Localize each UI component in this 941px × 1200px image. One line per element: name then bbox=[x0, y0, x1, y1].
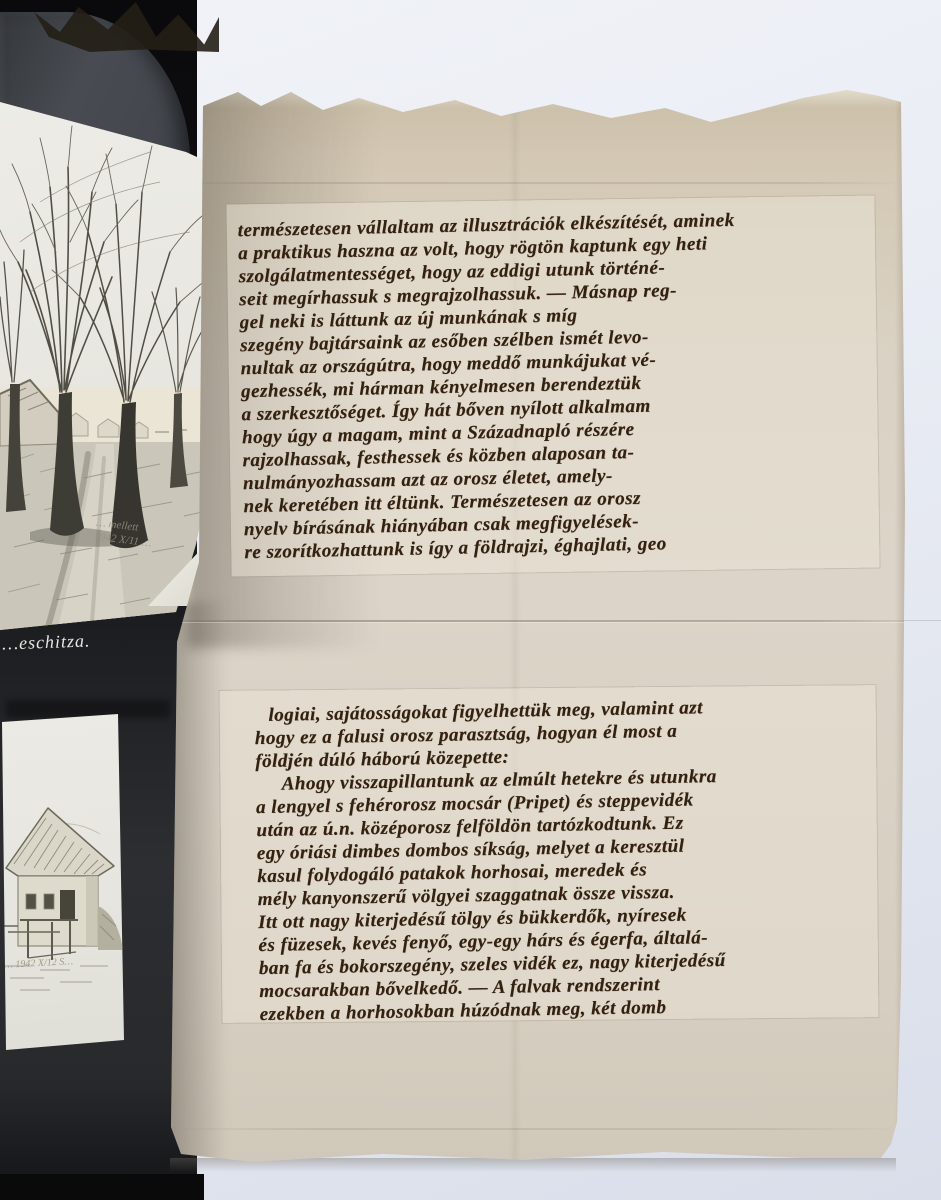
fold-crease bbox=[163, 620, 905, 622]
sketch-bottom-paper: … 1942 X/12 S… bbox=[0, 714, 124, 1050]
fold-crease bbox=[163, 1128, 905, 1130]
house-sketch-drawing bbox=[0, 714, 124, 1050]
fold-crease bbox=[163, 182, 905, 184]
handwritten-block-2: logiai, sajátosságokat figyelhettük meg,… bbox=[254, 696, 726, 1026]
album-page-edge bbox=[0, 1174, 204, 1200]
album-recess-shadow bbox=[6, 700, 170, 718]
handwritten-block-1: természetesen vállaltam az illusztrációk… bbox=[237, 209, 741, 564]
paper-shadow-right bbox=[895, 82, 905, 1168]
letter-paper: természetesen vállaltam az illusztrációk… bbox=[163, 82, 905, 1168]
album-caption: …eschitza. bbox=[2, 630, 91, 654]
photo-backdrop: … mellett 1942 X/11 … …eschitza. … 1942 … bbox=[0, 0, 941, 1200]
